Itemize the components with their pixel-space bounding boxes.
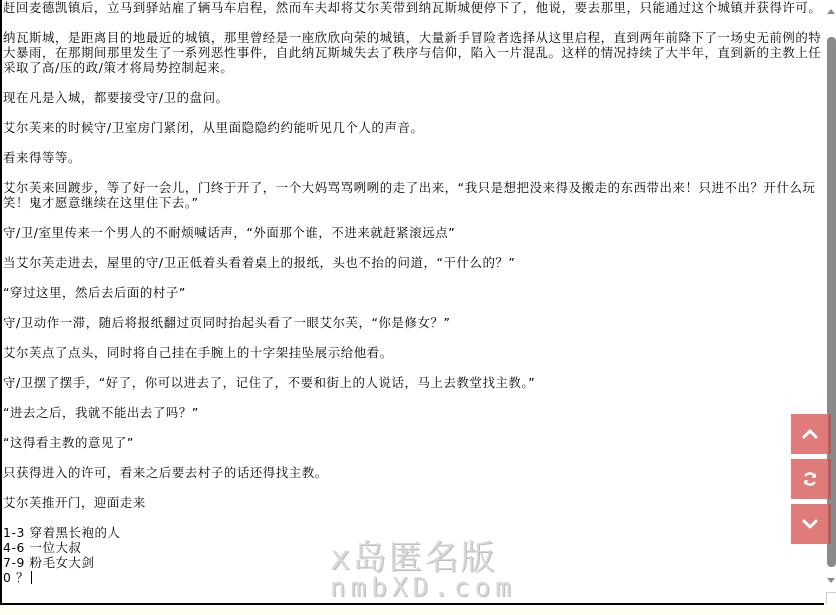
- story-paragraph: 当艾尔芙走进去，屋里的守/卫正低着头看着桌上的报纸，头也不抬的问道，“干什么的？…: [3, 255, 824, 270]
- dice-option: 4-6 一位大叔: [3, 540, 824, 555]
- paragraph-gap: [3, 75, 824, 90]
- page-viewport: 赶回麦德凯镇后，立马到驿站雇了辆马车启程，然而车夫却将艾尔芙带到纳瓦斯城便停下了…: [0, 0, 836, 615]
- scroll-up-arrow-icon[interactable]: [827, 9, 835, 14]
- story-paragraph: 现在凡是入城，都要接受守/卫的盘问。: [3, 90, 824, 105]
- paragraph-gap: [3, 165, 824, 180]
- chevron-down-icon: [802, 518, 818, 530]
- story-paragraph: 纳瓦斯城，是距离目的地最近的城镇，那里曾经是一座欣欣向荣的城镇，大量新手冒险者选…: [3, 30, 824, 75]
- paragraph-gap: [3, 390, 824, 405]
- paragraph-gap: [3, 210, 824, 225]
- paragraph-gap: [3, 300, 824, 315]
- story-paragraph: 守/卫/室里传来一个男人的不耐烦喊话声，“外面那个谁，不进来就赶紧滚远点”: [3, 225, 824, 240]
- scroll-to-top-button[interactable]: [791, 414, 831, 454]
- resize-grip[interactable]: [826, 592, 836, 604]
- paragraph-gap: [3, 105, 824, 120]
- refresh-icon: [802, 471, 818, 487]
- story-paragraph: 艾尔芙来的时候守/卫室房门紧闭，从里面隐隐约约能听见几个人的声音。: [3, 120, 824, 135]
- paragraph-gap: [3, 15, 824, 30]
- dice-option: 1-3 穿着黑长袍的人: [3, 525, 824, 540]
- dice-options-list: 1-3 穿着黑长袍的人 4-6 一位大叔 7-9 粉毛女大剑 0 ？: [3, 525, 824, 585]
- story-paragraph: “这得看主教的意见了”: [3, 435, 824, 450]
- refresh-button[interactable]: [791, 459, 831, 499]
- story-paragraph: 艾尔芙点了点头，同时将自己挂在手腕上的十字架挂坠展示给他看。: [3, 345, 824, 360]
- story-paragraph: 赶回麦德凯镇后，立马到驿站雇了辆马车启程，然而车夫却将艾尔芙带到纳瓦斯城便停下了…: [3, 0, 824, 15]
- paragraph-gap: [3, 360, 824, 375]
- scroll-to-bottom-button[interactable]: [791, 504, 831, 544]
- scroll-down-arrow-icon[interactable]: [827, 578, 835, 583]
- paragraph-gap: [3, 450, 824, 465]
- paragraph-gap: [3, 420, 824, 435]
- paragraph-gap: [3, 240, 824, 255]
- chevron-up-icon: [802, 428, 818, 440]
- input-line-text: 0 ？: [3, 570, 29, 585]
- paragraph-gap: [3, 135, 824, 150]
- story-paragraph: 只获得进入的许可，看来之后要去村子的话还得找主教。: [3, 465, 824, 480]
- story-text-area[interactable]: 赶回麦德凯镇后，立马到驿站雇了辆马车启程，然而车夫却将艾尔芙带到纳瓦斯城便停下了…: [0, 0, 824, 605]
- story-paragraph: 艾尔芙来回踱步，等了好一会儿，门终于开了，一个大妈骂骂咧咧的走了出来，“我只是想…: [3, 180, 824, 210]
- story-paragraph: 艾尔芙推开门，迎面走来: [3, 495, 824, 510]
- bottom-strip: [0, 607, 836, 615]
- story-paragraph: 守/卫摆了摆手，“好了，你可以进去了，记住了，不要和街上的人说话，马上去教堂找主…: [3, 375, 824, 390]
- paragraph-gap: [3, 270, 824, 285]
- paragraph-gap: [3, 510, 824, 525]
- story-paragraph: “进去之后，我就不能出去了吗？”: [3, 405, 824, 420]
- input-line[interactable]: 0 ？: [3, 570, 824, 585]
- text-cursor: [31, 571, 32, 584]
- story-paragraph: 看来得等等。: [3, 150, 824, 165]
- story-paragraph: “穿过这里，然后去后面的村子”: [3, 285, 824, 300]
- paragraph-gap: [3, 330, 824, 345]
- story-paragraph: 守/卫动作一滞，随后将报纸翻过页同时抬起头看了一眼艾尔芙，“你是修女？”: [3, 315, 824, 330]
- dice-option: 7-9 粉毛女大剑: [3, 555, 824, 570]
- paragraph-gap: [3, 480, 824, 495]
